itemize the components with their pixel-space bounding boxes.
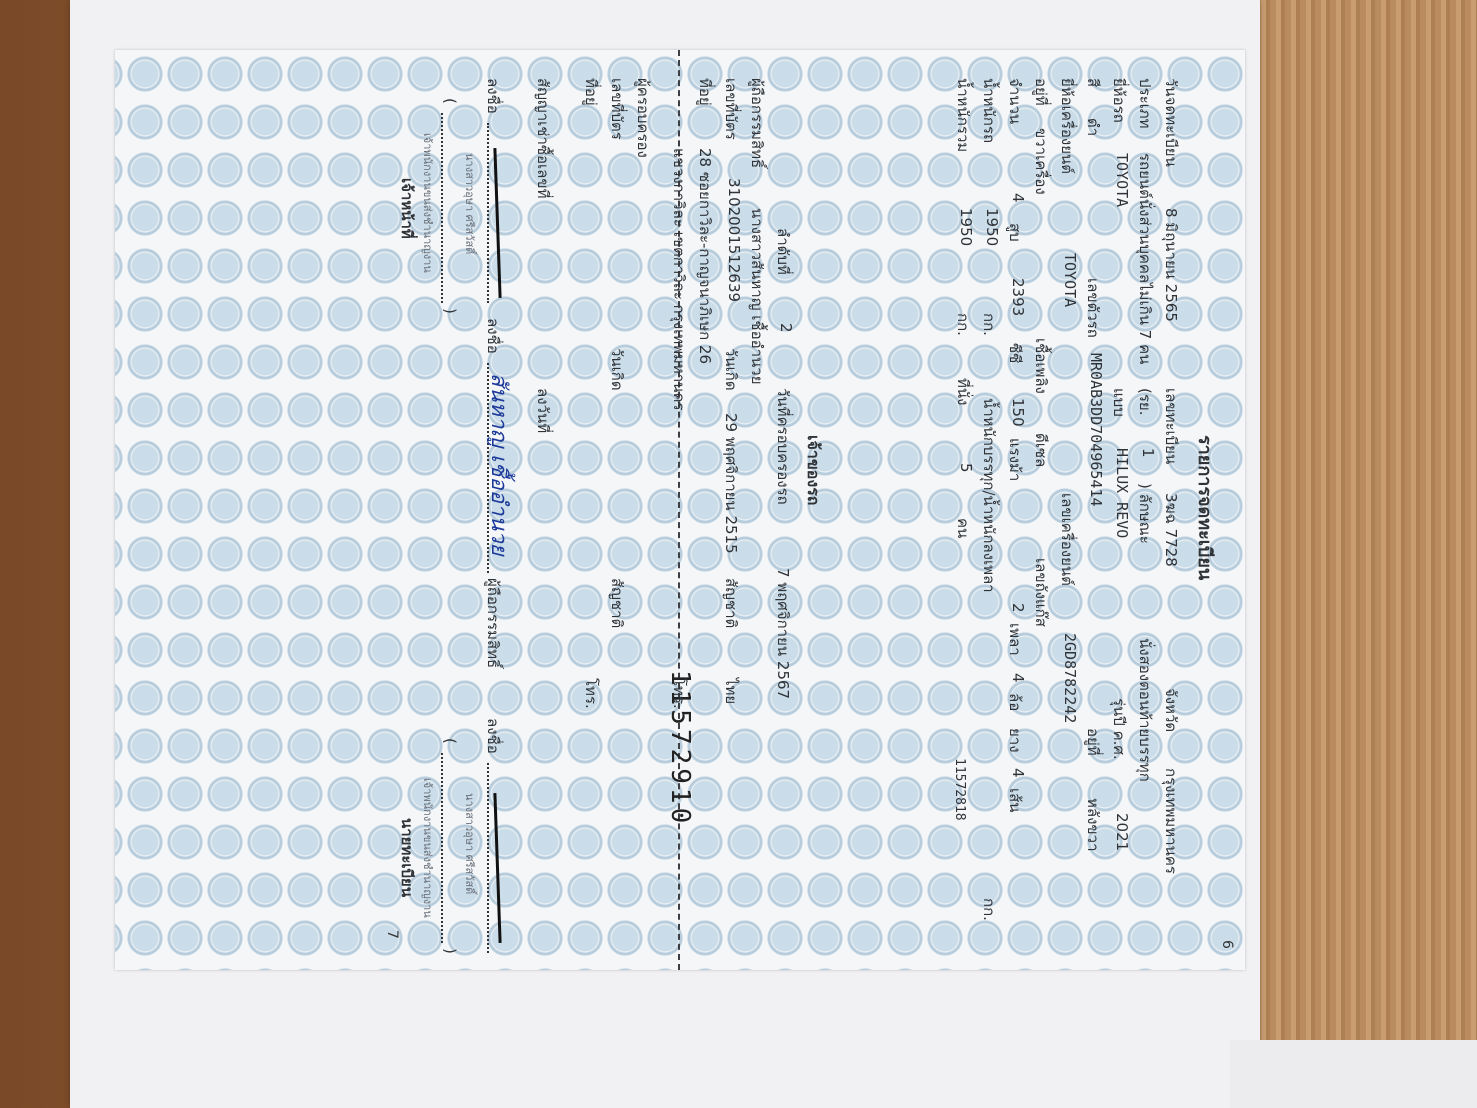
label: เลขตัวรถ [1081, 278, 1105, 338]
label: น้ำหนักรวม [951, 78, 975, 152]
label: เส้น [1003, 788, 1027, 813]
officer-name-line [441, 113, 443, 303]
wooden-desk [1240, 0, 1477, 1108]
label: ประเภท [1133, 78, 1157, 129]
wheels: 4 [1009, 673, 1027, 683]
cylinders: 4 [1009, 193, 1027, 203]
label: อยู่ที่ [1081, 728, 1105, 756]
label: โทร. [579, 678, 603, 709]
label: ที่นั่ง [951, 378, 975, 405]
officer-signature-line [487, 123, 489, 303]
label: ( [441, 738, 459, 744]
label: สัญชาติ [719, 578, 743, 628]
label: แบบ [1107, 388, 1131, 417]
label: กก. [977, 898, 1001, 921]
page-number-bottom: 7 [384, 930, 400, 939]
engine-number: 2GD8782242 [1061, 633, 1079, 723]
registrar-signature [493, 793, 501, 943]
label: ยี่ห้อรถ [1107, 78, 1131, 123]
province: กรุงเทพมหานคร [1159, 768, 1183, 874]
label: วันเกิด [605, 348, 629, 391]
reference-number: 11572818 [952, 758, 967, 821]
label: สัญชาติ [605, 578, 629, 628]
label: ลงชื่อ [481, 78, 505, 114]
vehicle-model: HILUX REVO [1113, 448, 1131, 538]
label: ยี่ห้อเครื่องยนต์ [1055, 78, 1079, 174]
registered-date: 8 มิถุนายน 2565 [1159, 208, 1183, 322]
label: ) ลักษณะ [1133, 483, 1157, 544]
label: เลขทะเบียน [1159, 388, 1183, 464]
label: เชื้อเพลิง [1029, 338, 1053, 394]
label: ยาง [1003, 728, 1027, 753]
label: เลขที่บัตร [719, 78, 743, 140]
registrar-name-line [441, 753, 443, 943]
body-style: นั่งสองตอนท้ายบรรทุก [1133, 638, 1157, 782]
vehicle-class: 1 [1139, 448, 1157, 458]
label: ที่อยู่ [579, 78, 603, 106]
background-paper-corner [1230, 1040, 1477, 1108]
label: จังหวัด [1159, 688, 1183, 732]
chassis-number: MR0AB3DD704965414 [1087, 353, 1105, 507]
label: ) [441, 308, 459, 314]
label: สี [1081, 78, 1105, 87]
label: เลขที่บัตร [605, 78, 629, 140]
owner-signature: สันหาญ เชื้ออำนวย [482, 373, 517, 556]
label: (รย. [1133, 388, 1157, 415]
plate-number: 3ฆฉ 7728 [1159, 493, 1183, 567]
registrar-subtitle: เจ้าพนักงานขนส่งชำนาญงาน [419, 778, 437, 918]
owner-role-label: ผู้ถือกรรมสิทธิ์ [481, 578, 505, 668]
label: แรงม้า [1003, 438, 1027, 481]
label: วันจดทะเบียน [1159, 78, 1183, 167]
label: น้ำหนักรถ [977, 78, 1001, 143]
gross-weight: 1950 [957, 208, 975, 246]
officer-role: เจ้าหน้าที่ [395, 178, 419, 239]
registrar-signature-line [487, 763, 489, 953]
horsepower: 150 [1009, 398, 1027, 427]
page-number-top: 6 [1219, 940, 1235, 949]
fuel-type: ดีเซล [1029, 433, 1053, 467]
engine-cc: 2393 [1009, 278, 1027, 316]
registrar-role: นายทะเบียน [395, 818, 419, 897]
owner-order: 2 [777, 323, 795, 333]
registrar-printed-name: นางสาวอุษา ศรีสวัสดิ์ [461, 793, 479, 894]
owner-address-line2: แขวงกาวิละ เขตกาวิละ กรุงเทพมหานคร [667, 148, 691, 411]
tyres: 4 [1009, 768, 1027, 778]
label: วันที่ครอบครองรถ [771, 388, 795, 505]
chassis-location: หลังขวา [1081, 798, 1105, 852]
label: ผู้ถือกรรมสิทธิ์ [745, 78, 769, 168]
label: ผู้ครอบครอง [631, 78, 655, 158]
officer-signature [493, 148, 501, 298]
label: ลงชื่อ [481, 318, 505, 354]
officer-printed-name: นางสาวอุษา ศรีสวัสดิ์ [461, 153, 479, 254]
possession-date: 7 พฤศจิกายน 2567 [771, 568, 795, 699]
label: ( [441, 98, 459, 104]
label: ลำดับที่ [771, 228, 795, 275]
label: ที่อยู่ [693, 78, 717, 106]
label: เลขเครื่องยนต์ [1055, 493, 1079, 586]
engine-location: ขวาเครื่อง [1029, 128, 1053, 195]
vehicle-color: ดำ [1081, 118, 1105, 136]
label: ล้อ [1003, 693, 1027, 711]
label: อยู่ที่ [1029, 78, 1053, 106]
label: สูบ [1003, 223, 1027, 242]
label: เพลา [1003, 623, 1027, 656]
owner-name: นางสาวสันหาญ เชื้ออำนวย [745, 208, 769, 384]
officer-subtitle: เจ้าพนักงานขนส่งชำนาญงาน [419, 133, 437, 273]
vehicle-weight: 1950 [983, 208, 1001, 246]
label: จำนวน [1003, 78, 1027, 124]
label: กก. [977, 313, 1001, 336]
owner-nationality: ไทย [719, 678, 743, 704]
label: เลขถังแก๊ส [1029, 558, 1053, 627]
label: โทร. [667, 678, 691, 709]
vehicle-type: รถยนต์นั่งส่วนบุคคลไม่เกิน 7 คน [1133, 153, 1157, 364]
owner-dob: 29 พฤศจิกายน 2515 [719, 413, 743, 554]
vehicle-make: TOYOTA [1113, 153, 1131, 207]
label: น้ำหนักบรรทุก/น้ำหนักลงเพลา [977, 398, 1001, 593]
axles: 2 [1009, 603, 1027, 613]
seats: 5 [957, 463, 975, 473]
owner-address-line1: 28 ซอยกาวิละ-กาญจนาภิเษก 26 [693, 148, 717, 364]
label: คน [951, 518, 975, 538]
label: ซีซี [1003, 343, 1027, 363]
owner-section-heading: เจ้าของรถ [800, 435, 825, 505]
vehicle-registration-page: รายการจดทะเบียน 6 วันจดทะเบียน 8 มิถุนาย… [115, 50, 1245, 970]
label: รุ่นปี ค.ศ. [1107, 698, 1131, 760]
label: กก. [951, 313, 975, 336]
document-title: รายการจดทะเบียน [1191, 435, 1220, 580]
label: สัญญาเช่าซื้อเลขที่ [531, 78, 555, 199]
label: ลงวันที่ [531, 388, 555, 433]
engine-make: TOYOTA [1061, 253, 1079, 307]
label: วันเกิด [719, 348, 743, 391]
label: ลงชื่อ [481, 718, 505, 754]
label: ) [441, 948, 459, 954]
owner-id-number: 3102001512639 [725, 178, 743, 302]
model-year: 2021 [1113, 813, 1131, 851]
